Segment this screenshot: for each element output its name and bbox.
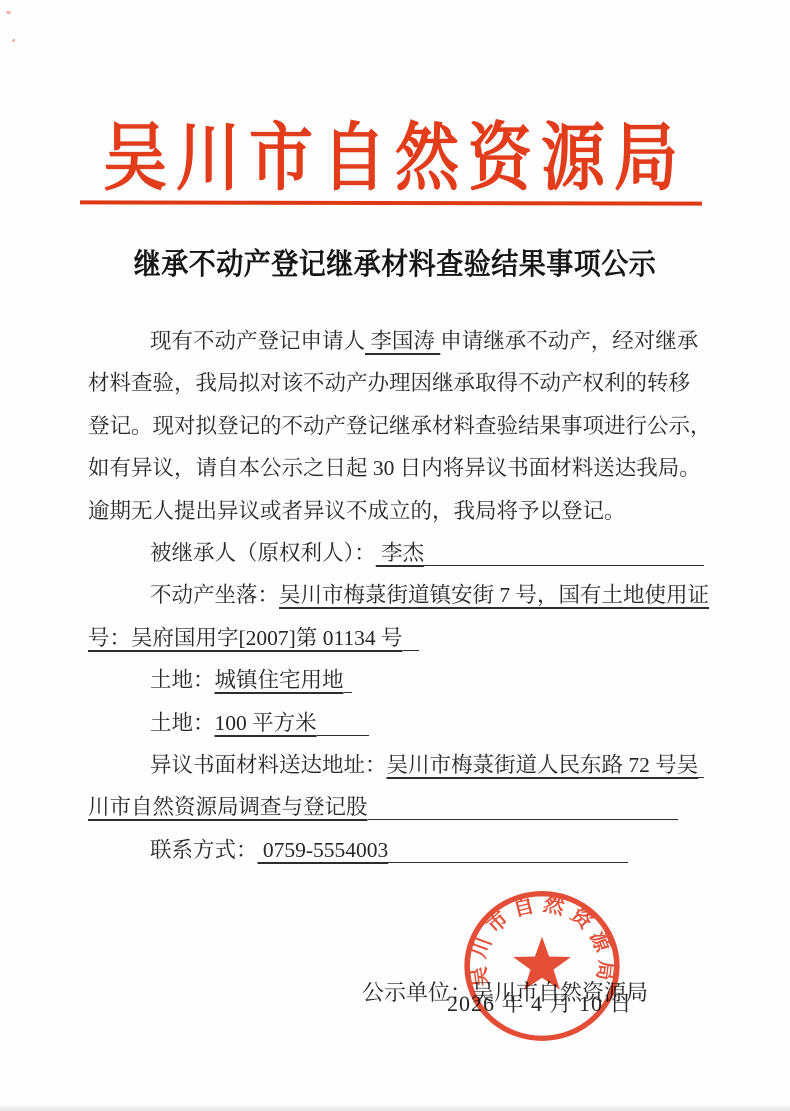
notice-body: 现有不动产登记申请人 李国涛 申请继承不动产，经对继承 材料查验，我局拟对该不动… xyxy=(88,320,704,871)
field-line-location: 不动产坐落：吴川市梅菉街道镇安街 7 号，国有土地使用证 xyxy=(88,574,704,616)
scanned-notice-page: 吴川市自然资源局 继承不动产登记继承材料查验结果事项公示 现有不动产登记申请人 … xyxy=(0,0,790,1111)
contact-value: 0759-5554003 xyxy=(258,829,389,871)
document-title: 继承不动产登记继承材料查验结果事项公示 xyxy=(0,240,790,283)
issue-date: 2026 年 4 月 10 日 xyxy=(447,989,633,1019)
underline-fill xyxy=(424,565,704,566)
decedent-label: 被继承人（原权利人）： xyxy=(150,532,376,574)
location-value-continued: 号：吴府国用字[2007]第 01134 号 xyxy=(88,617,403,659)
field-line-contact: 联系方式： 0759-5554003 xyxy=(88,829,704,871)
paragraph-line: 登记。现对拟登记的不动产登记继承材料查验结果事项进行公示， xyxy=(88,405,704,447)
land-area-value: 100 平方米 xyxy=(215,702,317,744)
field-line-objection-address: 异议书面材料送达地址：吴川市梅菉街道人民东路 72 号吴 xyxy=(88,744,704,786)
scan-edge-shadow xyxy=(0,1104,790,1111)
field-line-objection-address-cont: 川市自然资源局调查与登记股 xyxy=(88,786,704,828)
body-text: 登记。现对拟登记的不动产登记继承材料查验结果事项进行公示， xyxy=(88,405,712,447)
body-text: 现有不动产登记申请人 xyxy=(150,320,365,362)
underline-fill xyxy=(698,777,704,778)
agency-title: 吴川市自然资源局 xyxy=(0,99,790,205)
body-text: 逾期无人提出异议或者异议不成立的，我局将予以登记。 xyxy=(88,490,626,532)
field-line-decedent: 被继承人（原权利人）： 李杰 xyxy=(88,532,704,574)
paragraph-line: 材料查验，我局拟对该不动产办理因继承取得不动产权利的转移 xyxy=(88,362,704,404)
underline-fill xyxy=(388,862,628,863)
objection-address-label: 异议书面材料送达地址： xyxy=(150,744,387,786)
land-use-label: 土地： xyxy=(150,659,215,701)
objection-address-value-continued: 川市自然资源局调查与登记股 xyxy=(88,786,368,828)
scan-speck xyxy=(12,39,15,42)
body-text: 材料查验，我局拟对该不动产办理因继承取得不动产权利的转移 xyxy=(88,362,690,404)
body-text: 申请继承不动产，经对继承 xyxy=(440,320,698,362)
paragraph-line: 逾期无人提出异议或者异议不成立的，我局将予以登记。 xyxy=(88,490,704,532)
underline-fill xyxy=(344,692,352,693)
underline-fill xyxy=(368,819,678,820)
land-use-value: 城镇住宅用地 xyxy=(215,659,344,701)
land-area-label: 土地： xyxy=(150,702,215,744)
field-line-land-area: 土地：100 平方米 xyxy=(88,702,704,744)
field-line-location-cont: 号：吴府国用字[2007]第 01134 号 xyxy=(88,617,704,659)
applicant-name-value: 李国涛 xyxy=(365,320,440,362)
underline-fill xyxy=(317,735,369,736)
scan-speck xyxy=(6,11,11,14)
decedent-value: 李杰 xyxy=(376,532,424,574)
location-label: 不动产坐落： xyxy=(150,574,279,616)
paragraph-line: 现有不动产登记申请人 李国涛 申请继承不动产，经对继承 xyxy=(88,320,704,362)
body-text: 如有异议，请自本公示之日起 30 日内将异议书面材料送达我局。 xyxy=(88,447,701,489)
location-value: 吴川市梅菉街道镇安街 7 号，国有土地使用证 xyxy=(279,574,709,616)
field-line-land-use: 土地：城镇住宅用地 xyxy=(88,659,704,701)
contact-label: 联系方式： xyxy=(150,829,258,871)
underline-fill xyxy=(403,650,419,651)
paragraph-line: 如有异议，请自本公示之日起 30 日内将异议书面材料送达我局。 xyxy=(88,447,704,489)
objection-address-value: 吴川市梅菉街道人民东路 72 号吴 xyxy=(387,744,699,786)
